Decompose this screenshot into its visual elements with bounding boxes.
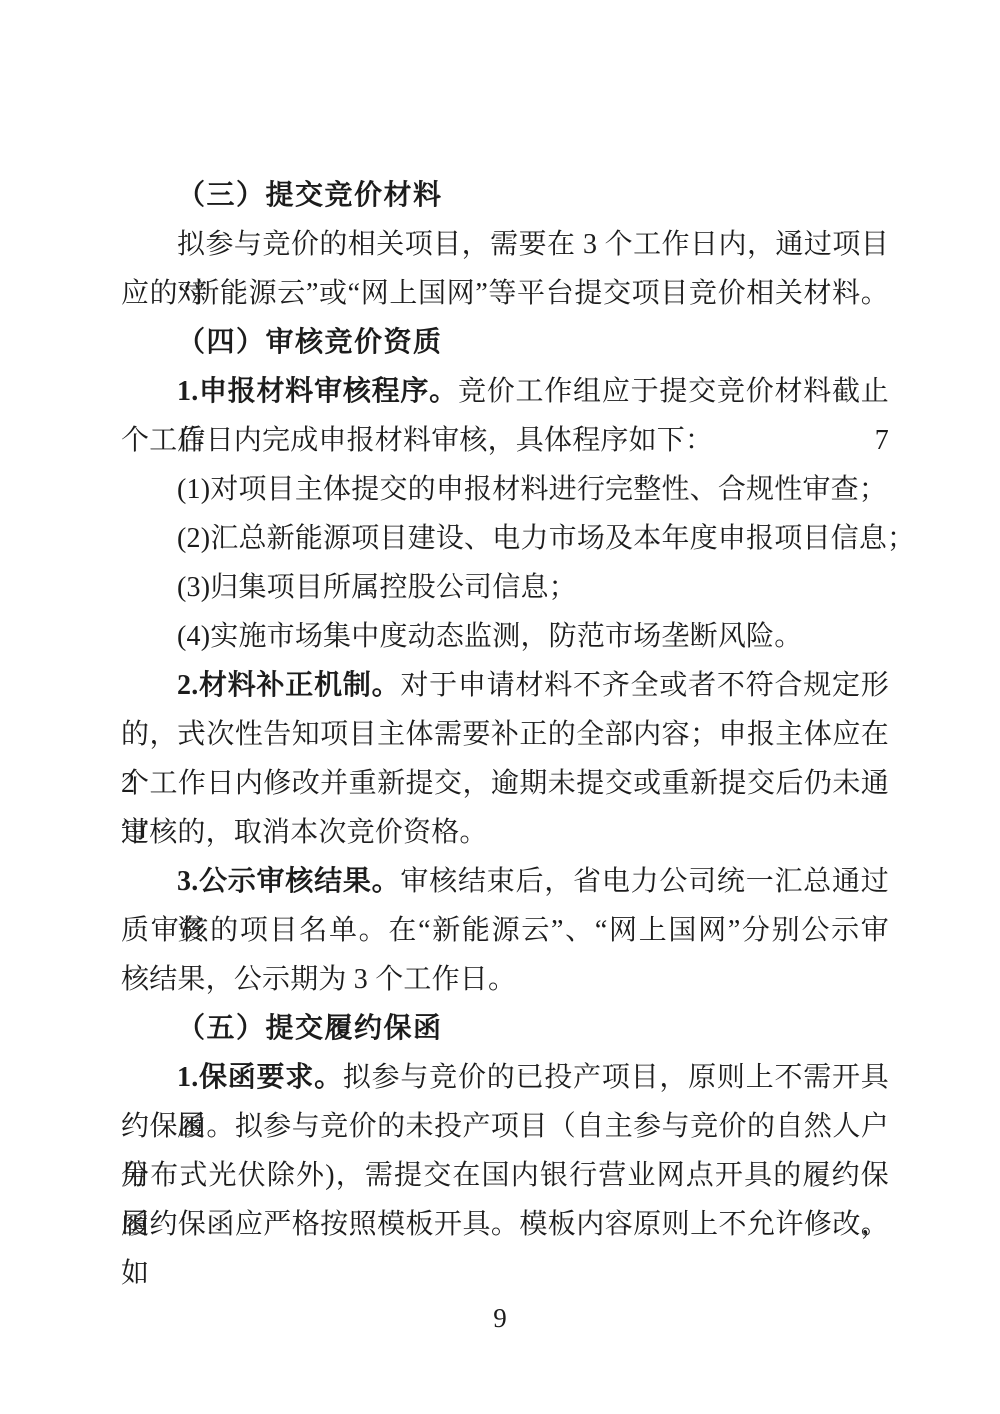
bold-lead-in: 1.保函要求。: [177, 1062, 343, 1093]
paragraph-line: 应的“新能源云”或“网上国网”等平台提交项目竞价相关材料。: [121, 269, 889, 318]
paragraph-line: 个工作日内修改并重新提交，逾期未提交或重新提交后仍未通过: [121, 759, 889, 808]
list-item-2: (2)汇总新能源项目建设、电力市场及本年度申报项目信息；: [121, 514, 889, 563]
paragraph-line: 约保函。拟参与竞价的未投产项目（自主参与竞价的自然人户用: [121, 1102, 889, 1151]
heading-text: （四）审核竞价资质: [177, 327, 443, 358]
document-page: （三）提交竞价材料 拟参与竞价的相关项目，需要在 3 个工作日内，通过项目对 应…: [0, 0, 1000, 1414]
paragraph-line: 审核的，取消本次竞价资格。: [121, 808, 889, 857]
paragraph-line: 拟参与竞价的相关项目，需要在 3 个工作日内，通过项目对: [121, 220, 889, 269]
paragraph-line: 2.材料补正机制。对于申请材料不齐全或者不符合规定形式: [121, 661, 889, 710]
list-item-1: (1)对项目主体提交的申报材料进行完整性、合规性审查；: [121, 465, 889, 514]
bold-lead-in: 3.公示审核结果。: [177, 866, 400, 897]
list-item-3: (3)归集项目所属控股公司信息；: [121, 563, 889, 612]
bold-lead-in: 1.申报材料审核程序。: [177, 376, 458, 407]
list-item-4: (4)实施市场集中度动态监测，防范市场垄断风险。: [121, 612, 889, 661]
heading-text: （三）提交竞价材料: [177, 180, 443, 211]
bold-lead-in: 2.材料补正机制。: [177, 670, 400, 701]
paragraph-line: 1.申报材料审核程序。竞价工作组应于提交竞价材料截止后7: [121, 367, 889, 416]
section-heading-4: （四）审核竞价资质: [121, 318, 889, 367]
paragraph-line: 核结果，公示期为 3 个工作日。: [121, 955, 889, 1004]
paragraph-line: 分布式光伏除外)，需提交在国内银行营业网点开具的履约保函。: [121, 1151, 889, 1200]
section-heading-5: （五）提交履约保函: [121, 1004, 889, 1053]
paragraph-line: 3.公示审核结果。审核结束后，省电力公司统一汇总通过资: [121, 857, 889, 906]
paragraph-line: 履约保函应严格按照模板开具。模板内容原则上不允许修改，如: [121, 1200, 889, 1249]
page-number: 9: [0, 1298, 1000, 1338]
paragraph-line: 1.保函要求。拟参与竞价的已投产项目，原则上不需开具履: [121, 1053, 889, 1102]
section-heading-3: （三）提交竞价材料: [121, 171, 889, 220]
heading-text: （五）提交履约保函: [177, 1013, 443, 1044]
document-text-block: （三）提交竞价材料 拟参与竞价的相关项目，需要在 3 个工作日内，通过项目对 应…: [121, 171, 889, 1249]
paragraph-line: 质审核的项目名单。在“新能源云”、“网上国网”分别公示审: [121, 906, 889, 955]
paragraph-line: 的，一次性告知项目主体需要补正的全部内容；申报主体应在2: [121, 710, 889, 759]
